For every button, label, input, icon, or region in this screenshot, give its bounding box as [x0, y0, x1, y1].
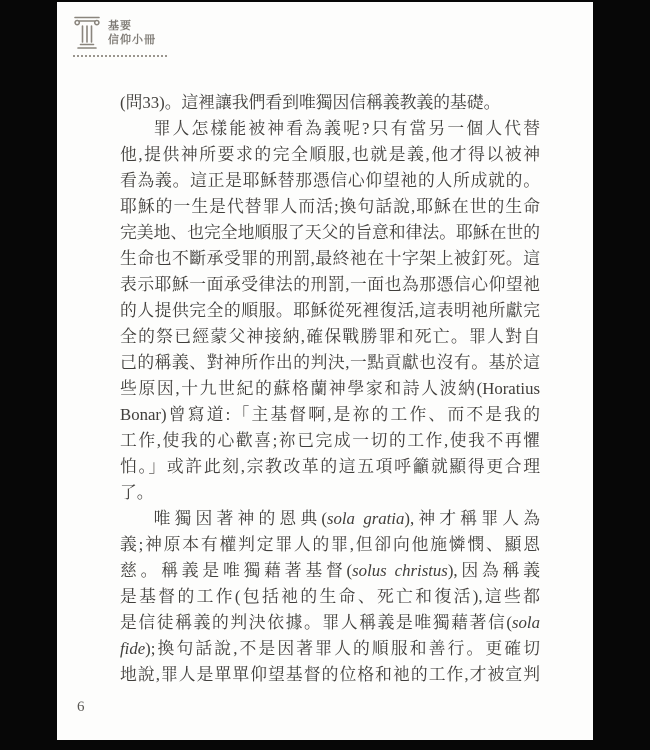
- brand-lockup: 基要 信仰小冊: [73, 14, 167, 51]
- text-line: 表示耶穌一面承受律法的刑罰,一面也為那憑信心仰望祂: [120, 272, 540, 298]
- text-line: 地說,罪人是單單仰望基督的位格和祂的工作,才被宣判: [120, 662, 540, 688]
- text-line: 看為義。這正是耶穌替那憑信心仰望祂的人所成就的。: [120, 168, 540, 194]
- text-line: 罪人怎樣能被神看為義呢?只有當另一個人代替: [120, 116, 540, 142]
- page-number: 6: [77, 699, 85, 716]
- text-line: 生命也不斷承受罪的刑罰,最終祂在十字架上被釘死。這: [120, 246, 540, 272]
- text-line: 是基督的工作(包括祂的生命、死亡和復活),這些都: [120, 584, 540, 610]
- text-line: Bonar)曾寫道:「主基督啊,是祢的工作、而不是我的: [120, 402, 540, 428]
- body-text: (問33)。這裡讓我們看到唯獨因信稱義教義的基礎。罪人怎樣能被神看為義呢?只有當…: [120, 90, 540, 688]
- text-line: 他,提供神所要求的完全順服,也就是義,他才得以被神: [120, 142, 540, 168]
- brand-series-line2: 信仰小冊: [108, 33, 156, 47]
- text-line: 己的稱義、對神所作出的判決,一點貢獻也沒有。基於這: [120, 350, 540, 376]
- text-line: 義;神原本有權判定罪人的罪,但卻向他施憐憫、顯恩: [120, 532, 540, 558]
- text-line: 些原因,十九世紀的蘇格蘭神學家和詩人波納(Horatius: [120, 376, 540, 402]
- text-line: (問33)。這裡讓我們看到唯獨因信稱義教義的基礎。: [120, 90, 540, 116]
- text-line: 全的祭已經蒙父神接納,確保戰勝罪和死亡。罪人對自: [120, 324, 540, 350]
- book-page: 基要 信仰小冊 (問33)。這裡讓我們看到唯獨因信稱義教義的基礎。罪人怎樣能被神…: [57, 2, 593, 740]
- text-line: 慈。稱義是唯獨藉著基督(solus christus),因為稱義: [120, 558, 540, 584]
- brand-series-line1: 基要: [108, 19, 156, 33]
- publisher-logo: 基要 信仰小冊: [73, 14, 167, 57]
- text-line: 完美地、也完全地順服了天父的旨意和律法。耶穌在世的: [120, 220, 540, 246]
- column-icon: [73, 14, 101, 51]
- brand-series-title: 基要 信仰小冊: [108, 19, 156, 47]
- text-line: 耶穌的一生是代替罪人而活;換句話說,耶穌在世的生命: [120, 194, 540, 220]
- text-line: 的人提供完全的順服。耶穌從死裡復活,這表明祂所獻完: [120, 298, 540, 324]
- text-line: 是信徒稱義的判決依據。罪人稱義是唯獨藉著信(sola: [120, 610, 540, 636]
- text-line: 怕。」或許此刻,宗教改革的這五項呼籲就顯得更合理: [120, 454, 540, 480]
- text-line: 了。: [120, 480, 540, 506]
- text-line: 工作,使我的心歡喜;祢已完成一切的工作,使我不再懼: [120, 428, 540, 454]
- text-line: fide);換句話說,不是因著罪人的順服和善行。更確切: [120, 636, 540, 662]
- text-line: 唯獨因著神的恩典(sola gratia),神才稱罪人為: [120, 506, 540, 532]
- brand-divider: [73, 55, 167, 57]
- screenshot-canvas: 基要 信仰小冊 (問33)。這裡讓我們看到唯獨因信稱義教義的基礎。罪人怎樣能被神…: [0, 0, 650, 750]
